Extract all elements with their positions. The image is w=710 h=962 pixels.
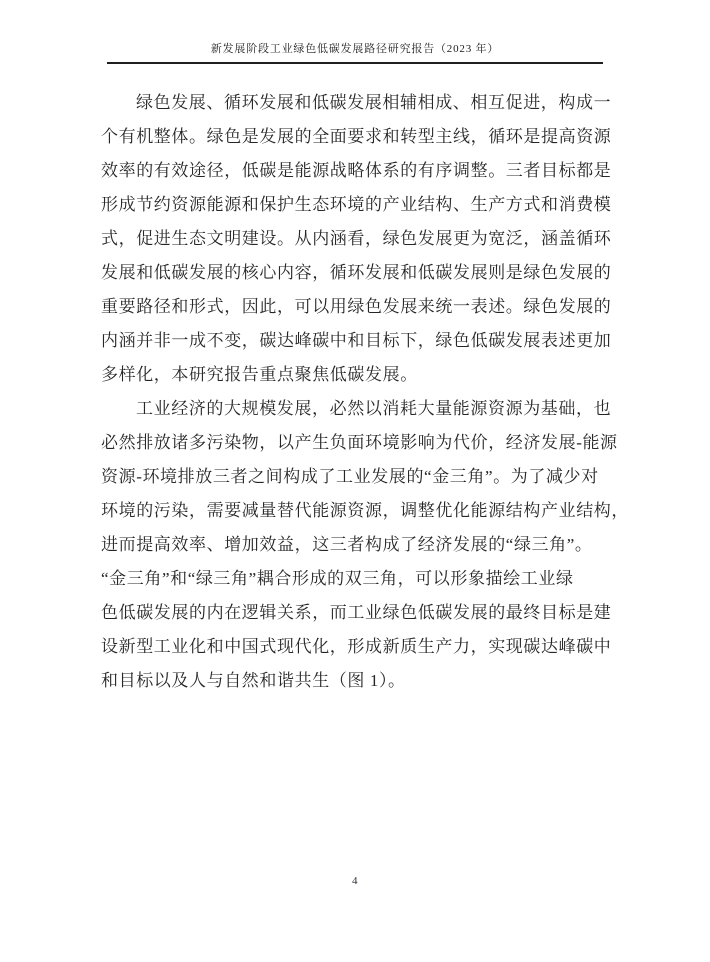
document-body: 绿色发展、循环发展和低碳发展相辅相成、相互促进，构成一个有机整体。绿色是发展的全… — [101, 86, 613, 698]
text-line: 进而提高效率、增加效益，这三者构成了经济发展的“绿三角”。 — [101, 528, 613, 562]
header-rule — [107, 62, 603, 64]
document-page: 新发展阶段工业绿色低碳发展路径研究报告（2023 年） 绿色发展、循环发展和低碳… — [0, 0, 710, 962]
page-footer: 4 — [0, 871, 710, 889]
text-line: 重要路径和形式，因此，可以用绿色发展来统一表述。绿色发展的 — [101, 290, 613, 324]
text-line: 多样化，本研究报告重点聚焦低碳发展。 — [101, 358, 613, 392]
text-line: 发展和低碳发展的核心内容，循环发展和低碳发展则是绿色发展的 — [101, 256, 613, 290]
text-line: 个有机整体。绿色是发展的全面要求和转型主线，循环是提高资源 — [101, 120, 613, 154]
text-line: 式，促进生态文明建设。从内涵看，绿色发展更为宽泛，涵盖循环 — [101, 222, 613, 256]
text-line: 设新型工业化和中国式现代化，形成新质生产力，实现碳达峰碳中 — [101, 630, 613, 664]
text-line: 形成节约资源能源和保护生态环境的产业结构、生产方式和消费模 — [101, 188, 613, 222]
text-line: 资源-环境排放三者之间构成了工业发展的“金三角”。为了减少对 — [101, 460, 613, 494]
page-number: 4 — [352, 875, 358, 887]
text-line: 色低碳发展的内在逻辑关系，而工业绿色低碳发展的最终目标是建 — [101, 596, 613, 630]
text-line: “金三角”和“绿三角”耦合形成的双三角，可以形象描绘工业绿 — [101, 562, 613, 596]
header-title: 新发展阶段工业绿色低碳发展路径研究报告（2023 年） — [0, 41, 710, 57]
text-line: 和目标以及人与自然和谐共生（图 1）。 — [101, 664, 613, 698]
text-line: 内涵并非一成不变，碳达峰碳中和目标下，绿色低碳发展表述更加 — [101, 324, 613, 358]
text-line: 效率的有效途径，低碳是能源战略体系的有序调整。三者目标都是 — [101, 154, 613, 188]
text-line: 绿色发展、循环发展和低碳发展相辅相成、相互促进，构成一 — [101, 86, 613, 120]
text-line: 工业经济的大规模发展，必然以消耗大量能源资源为基础，也 — [101, 392, 613, 426]
text-line: 必然排放诸多污染物，以产生负面环境影响为代价，经济发展-能源 — [101, 426, 613, 460]
text-line: 环境的污染，需要减量替代能源资源，调整优化能源结构产业结构， — [101, 494, 613, 528]
